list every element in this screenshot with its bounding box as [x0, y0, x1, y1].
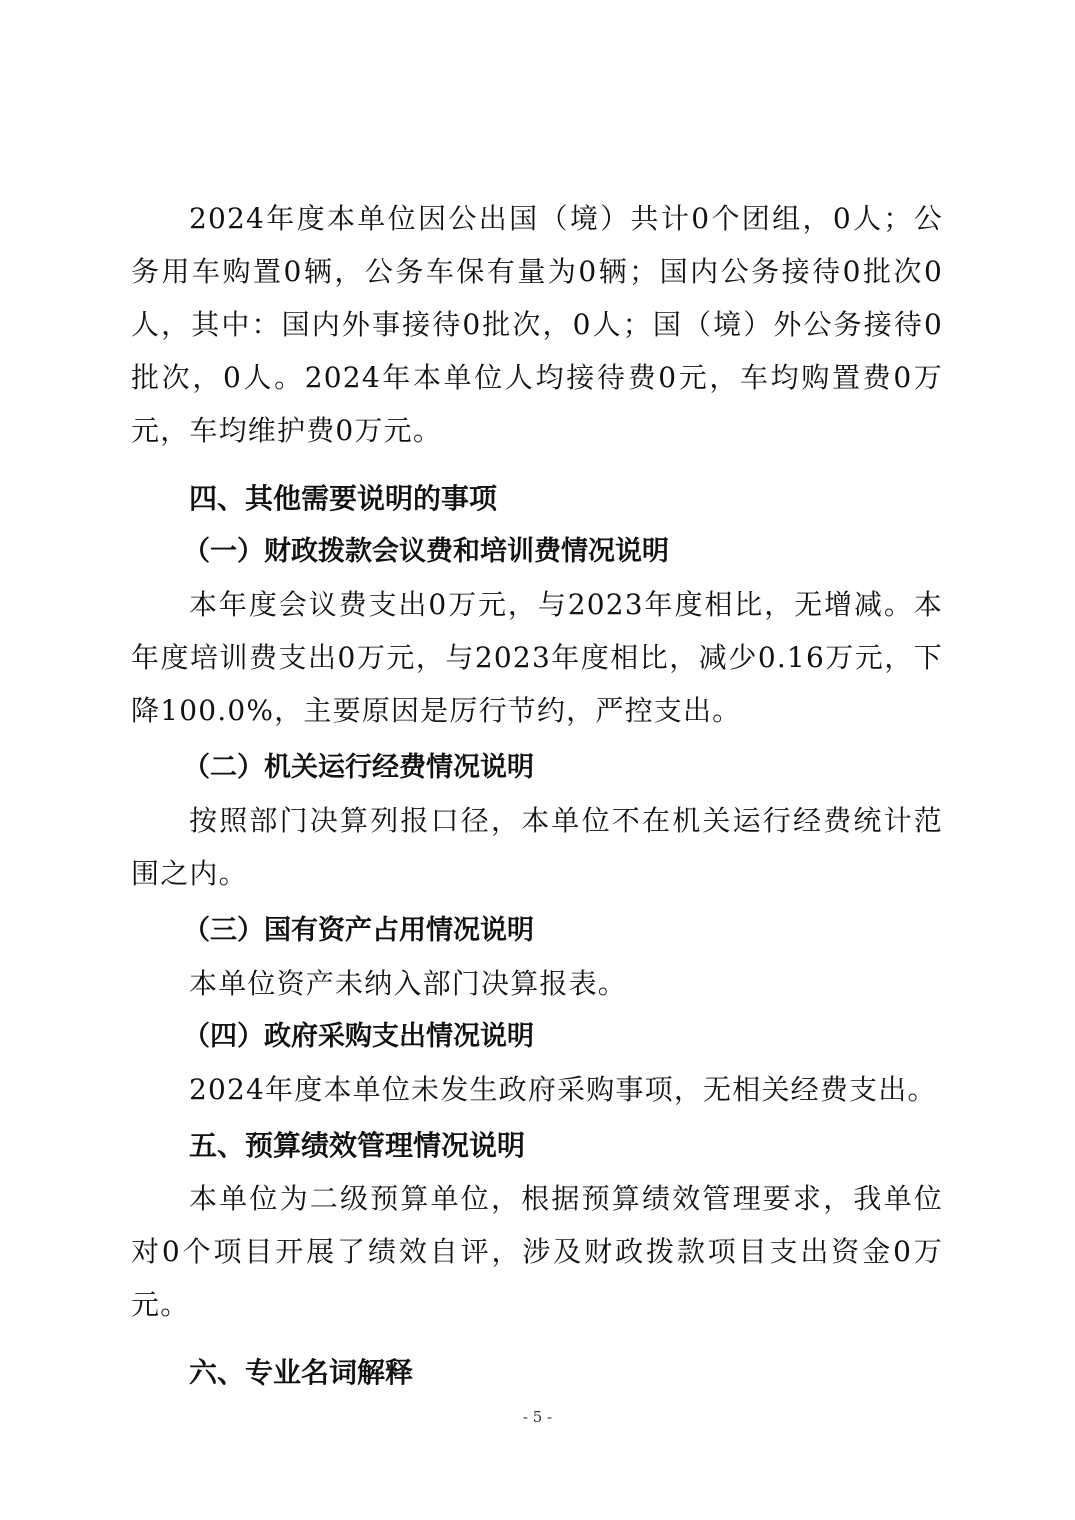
paragraph-meeting-training: 本年度会议费支出0万元，与2023年度相比，无增减。本年度培训费支出0万元，与2…: [131, 578, 943, 737]
section-heading-glossary: 六、专业名词解释: [131, 1346, 943, 1399]
subsection-heading-meeting-training: （一）财政拨款会议费和培训费情况说明: [131, 525, 943, 578]
spacer: [131, 1331, 943, 1343]
subsection-heading-state-assets: （三）国有资产占用情况说明: [131, 904, 943, 957]
paragraph-government-procurement: 2024年度本单位未发生政府采购事项，无相关经费支出。: [131, 1063, 943, 1116]
paragraph-state-assets: 本单位资产未纳入部门决算报表。: [131, 957, 943, 1010]
subsection-heading-government-procurement: （四）政府采购支出情况说明: [131, 1010, 943, 1063]
paragraph-performance-management: 本单位为二级预算单位，根据预算绩效管理要求，我单位对0个项目开展了绩效自评，涉及…: [131, 1172, 943, 1331]
page-number: - 5 -: [0, 1408, 1075, 1426]
paragraph-operating-expenses: 按照部门决算列报口径，本单位不在机关运行经费统计范围之内。: [131, 794, 943, 900]
section-heading-performance-management: 五、预算绩效管理情况说明: [131, 1119, 943, 1172]
spacer: [131, 457, 943, 469]
paragraph-foreign-travel-vehicles-reception: 2024年度本单位因公出国（境）共计0个团组，0人；公务用车购置0辆，公务车保有…: [131, 192, 943, 457]
document-page: 2024年度本单位因公出国（境）共计0个团组，0人；公务用车购置0辆，公务车保有…: [0, 0, 1075, 1520]
section-heading-other-matters: 四、其他需要说明的事项: [131, 472, 943, 525]
document-body: 2024年度本单位因公出国（境）共计0个团组，0人；公务用车购置0辆，公务车保有…: [131, 192, 943, 1399]
subsection-heading-operating-expenses: （二）机关运行经费情况说明: [131, 741, 943, 794]
